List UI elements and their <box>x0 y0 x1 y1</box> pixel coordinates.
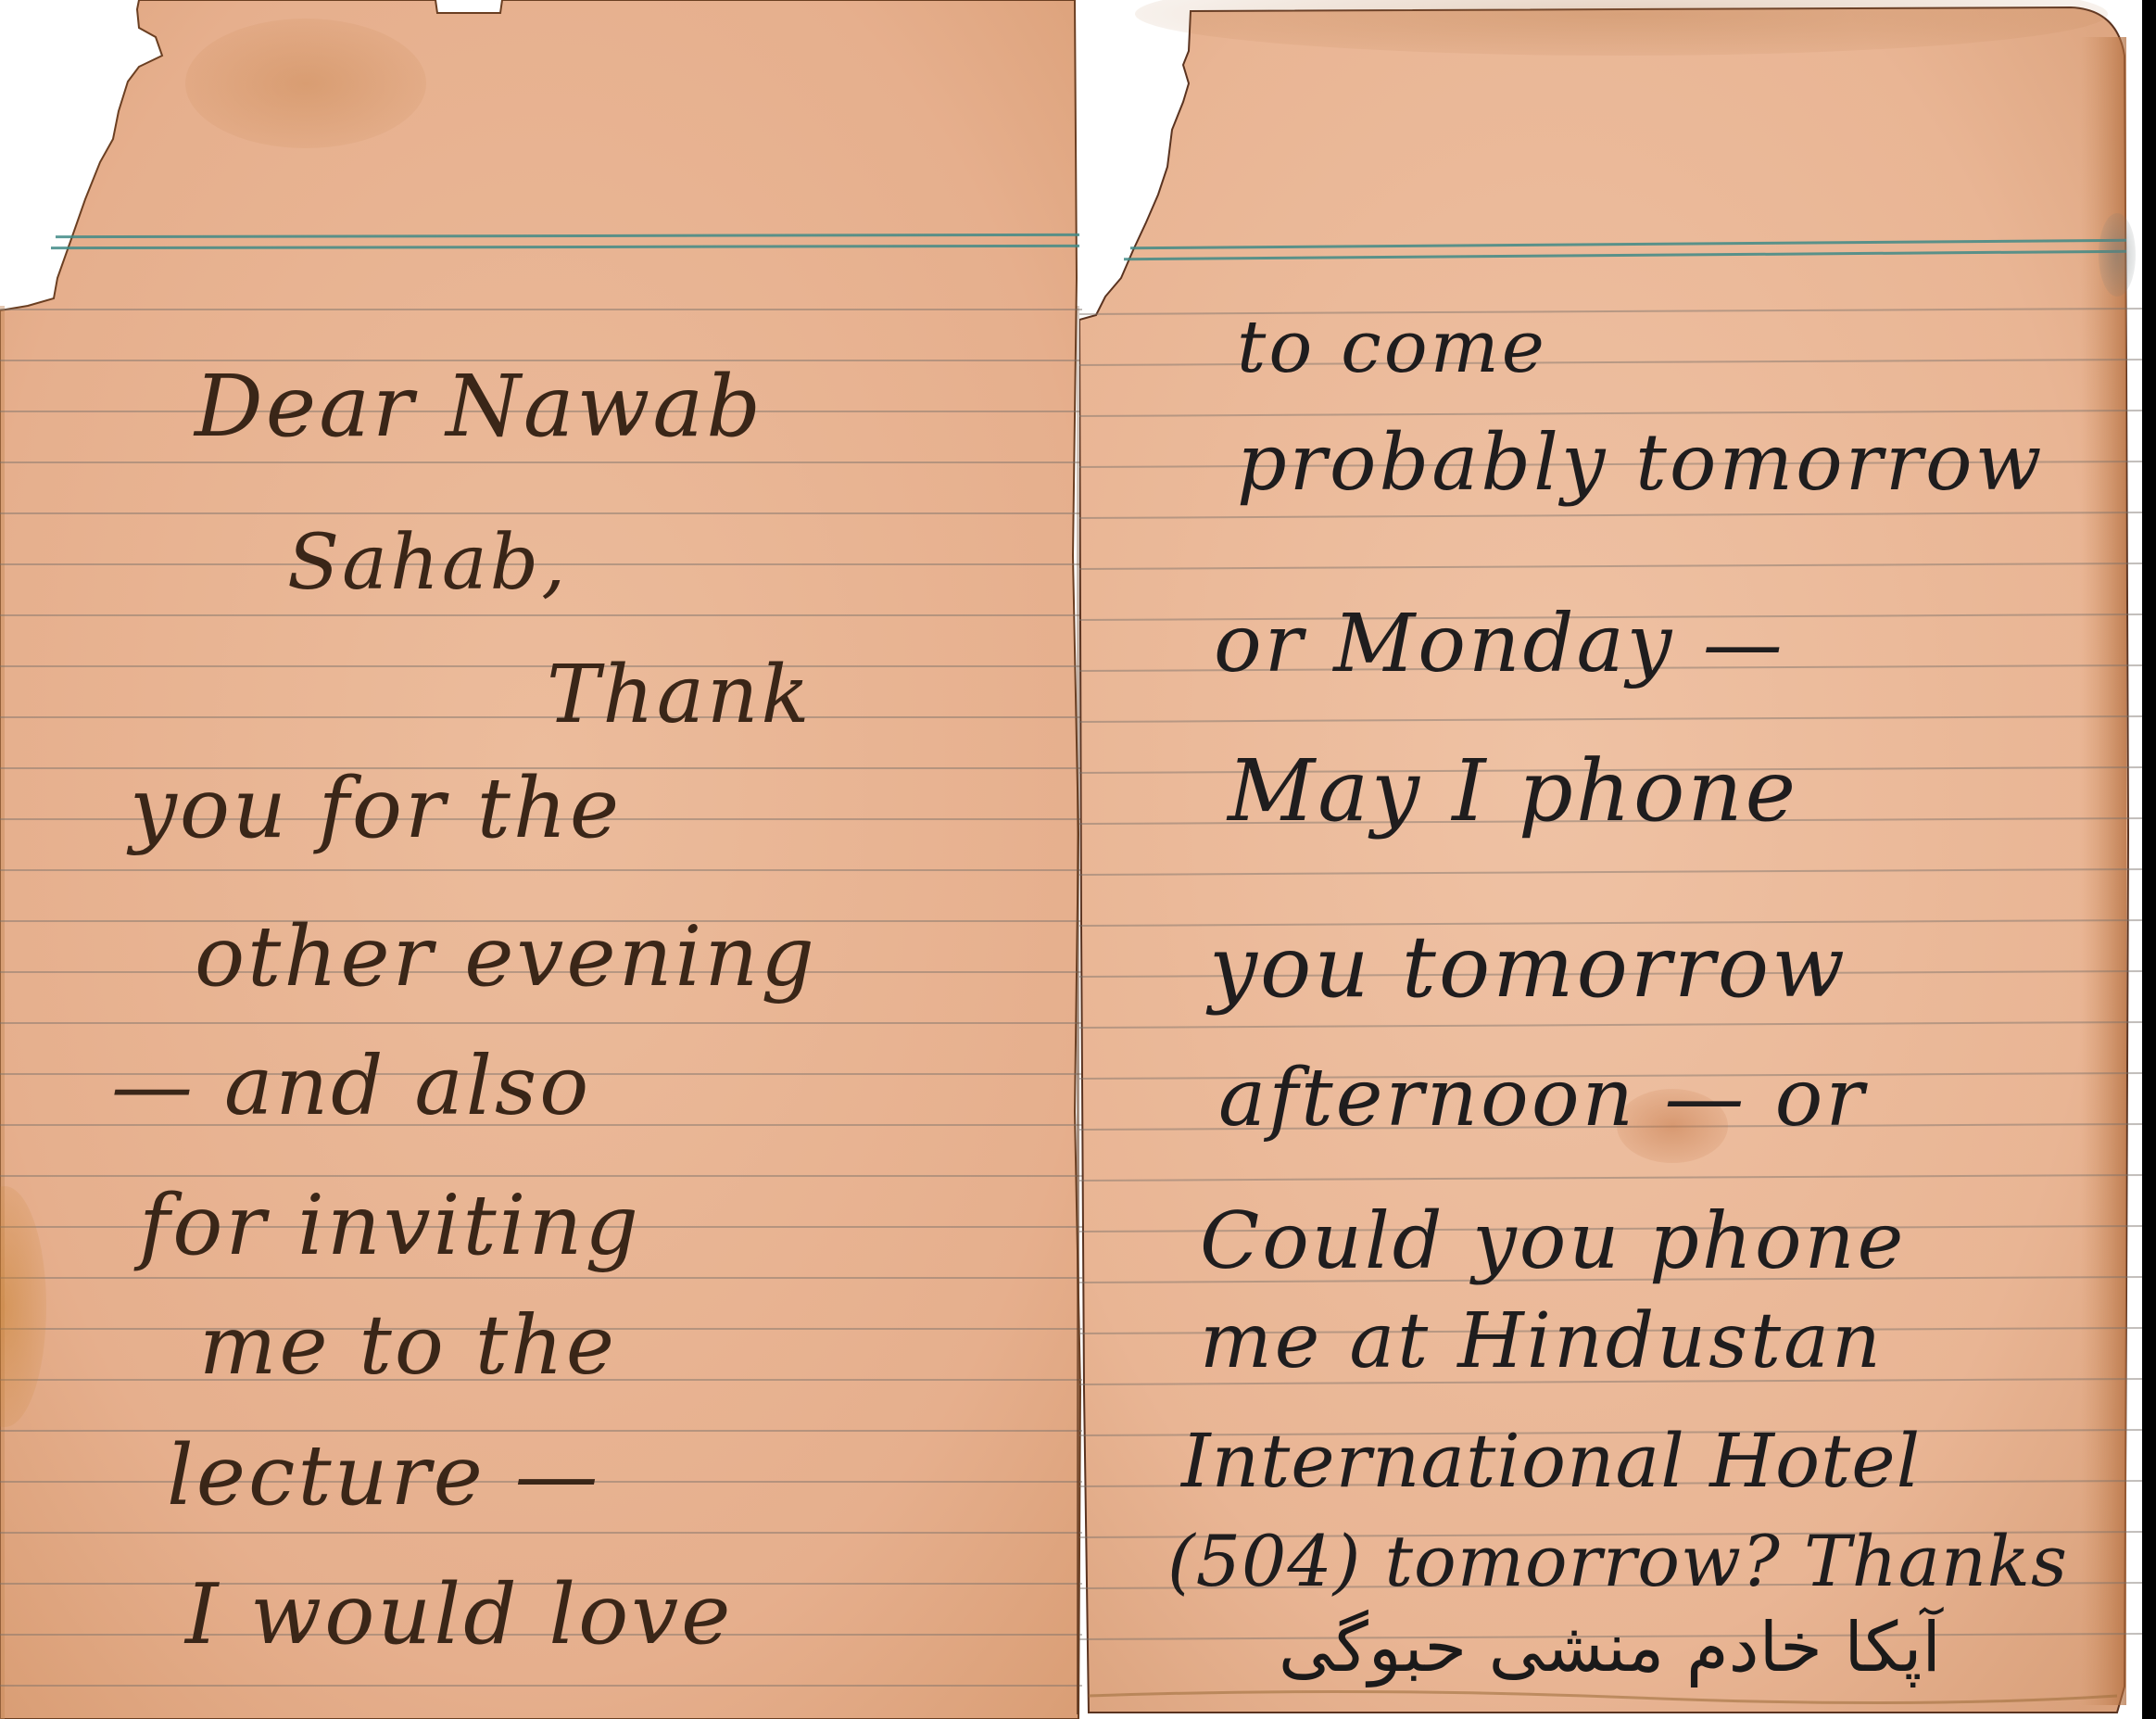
letter-line: you tomorrow <box>1209 917 1847 1017</box>
ruling-line <box>0 665 1082 667</box>
ruling-line <box>0 869 1082 871</box>
letter-line: Sahab, <box>287 519 568 607</box>
letter-line: other evening <box>195 908 817 1005</box>
ruling-line <box>0 461 1082 463</box>
letter-line: probably tomorrow <box>1237 417 2044 508</box>
ruling-line <box>0 1277 1082 1279</box>
letter-line: or Monday — <box>1214 598 1785 690</box>
ruling-line <box>0 614 1082 616</box>
letter-line: afternoon — or <box>1218 1052 1867 1144</box>
letter-line: for inviting <box>139 1177 641 1274</box>
urdu-signature: آپکا خادم منشی حبوگی <box>1292 1608 1941 1687</box>
right-page: to come probably tomorrow or Monday — Ma… <box>1079 0 2145 1719</box>
ruling-line <box>0 309 1082 310</box>
letter-line: me at Hindustan <box>1200 1297 1884 1385</box>
ruling-line <box>0 1532 1082 1534</box>
letter-line: Dear Nawab <box>195 357 763 456</box>
letter-line: you for the <box>130 760 622 857</box>
ruling-line <box>0 716 1082 718</box>
letter-line: Could you phone <box>1200 1195 1906 1286</box>
letter-line: — and also <box>111 1038 591 1133</box>
letter-line: (504) tomorrow? Thanks <box>1167 1520 2068 1602</box>
letter-line: lecture — <box>167 1427 600 1524</box>
left-page: Dear Nawab Sahab, Thank you for the othe… <box>0 0 1082 1719</box>
letter-line: me to the <box>199 1297 617 1393</box>
letter-line: International Hotel <box>1181 1418 1921 1504</box>
letter-line: I would love <box>185 1566 733 1663</box>
ruling-line <box>0 512 1082 514</box>
letter-line: May I phone <box>1228 741 1798 841</box>
letter-line: to come <box>1237 306 1547 389</box>
ruling-line <box>0 1685 1082 1687</box>
ruling-line <box>0 1022 1082 1024</box>
letter-line: Thank <box>547 649 813 741</box>
scan-border <box>2142 0 2156 1719</box>
